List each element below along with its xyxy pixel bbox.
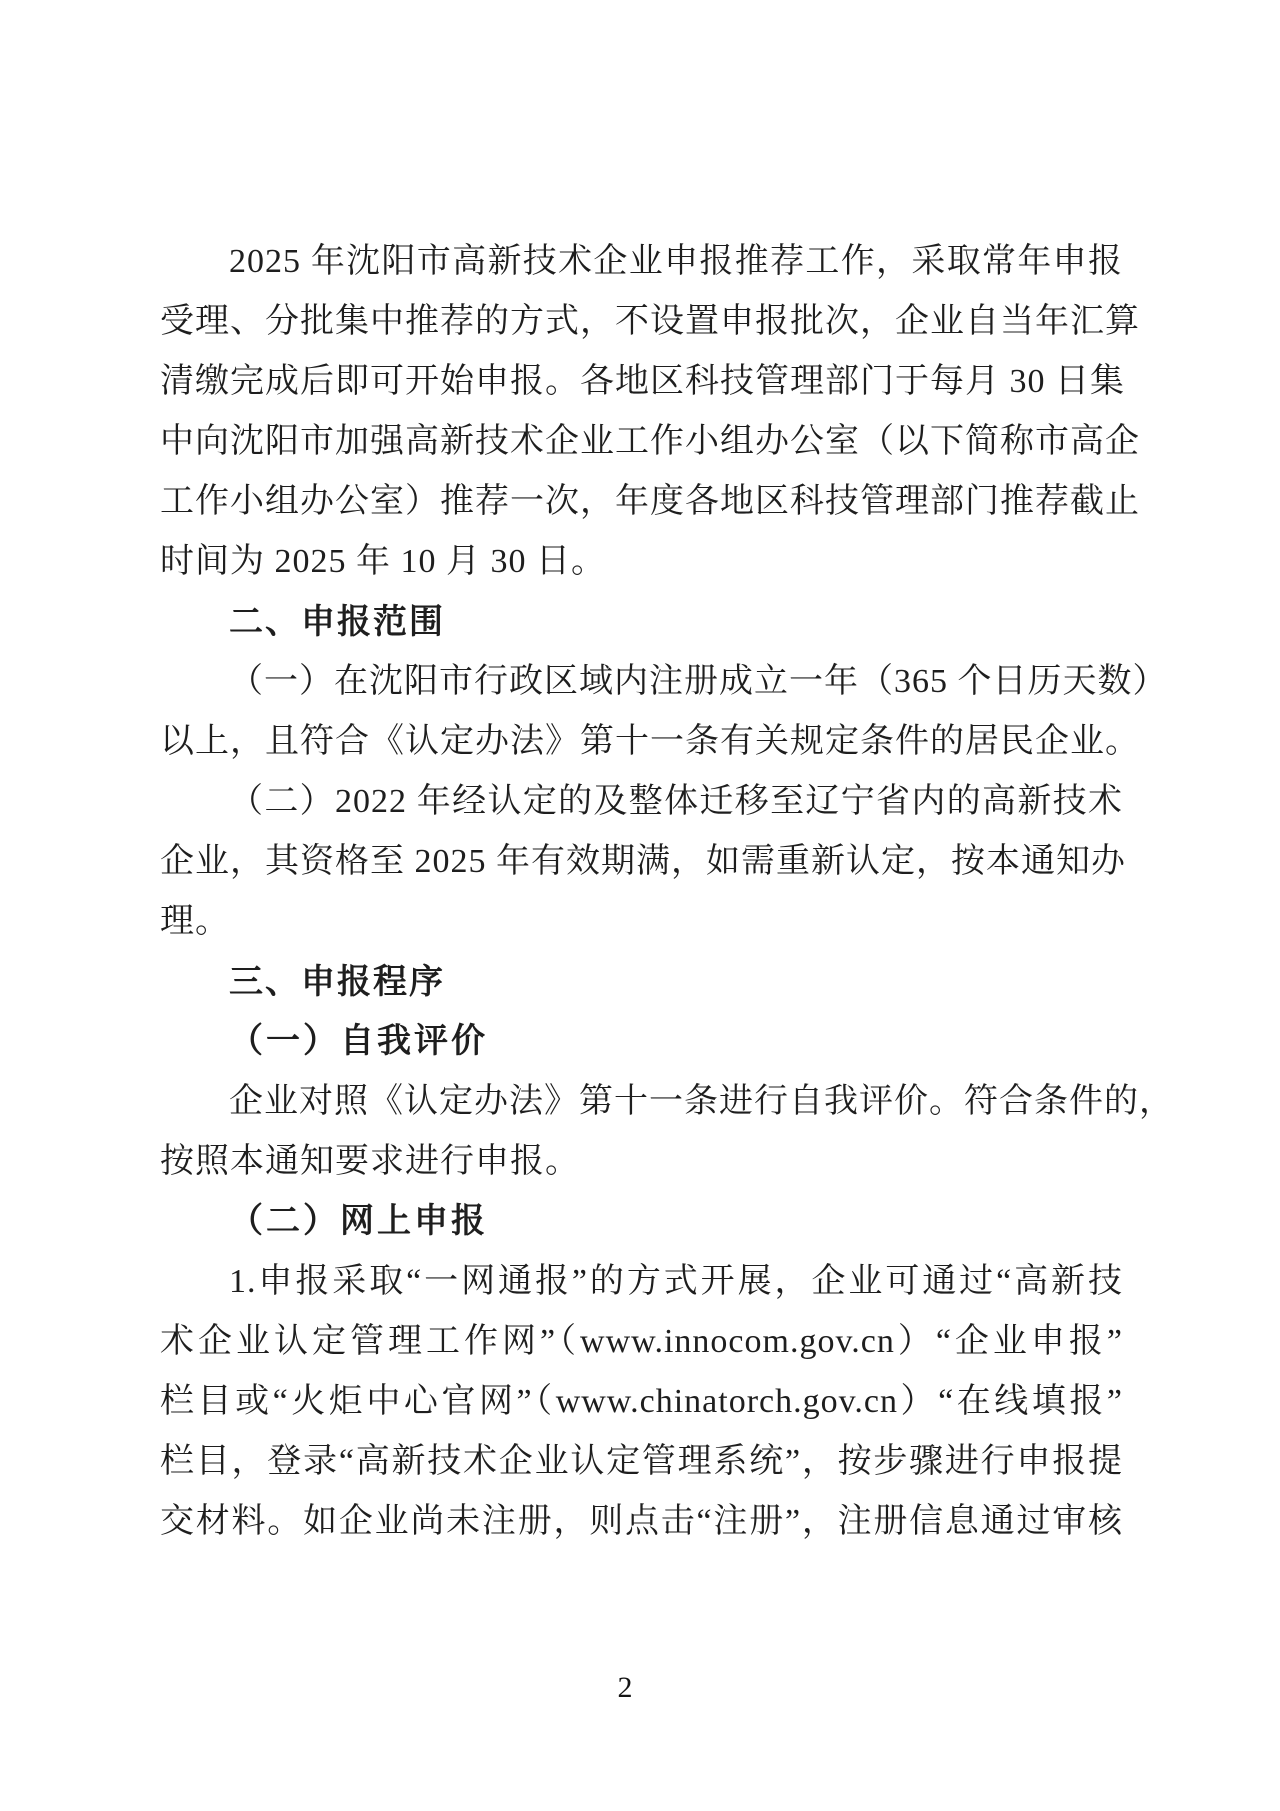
text-line: 清缴完成后即可开始申报。各地区科技管理部门于每月 30 日集 bbox=[160, 352, 1123, 412]
page-number: 2 bbox=[0, 1660, 1250, 1716]
text-line: 栏目，登录“高新技术企业认定管理系统”，按步骤进行申报提 bbox=[160, 1432, 1123, 1492]
subsection-heading-line: （一）自我评价 bbox=[160, 1012, 1123, 1072]
heading: 三、申报程序 bbox=[160, 952, 1123, 1012]
text-line: 中向沈阳市加强高新技术企业工作小组办公室（以下简称市高企 bbox=[160, 412, 1123, 472]
paragraph: （二）2022 年经认定的及整体迁移至辽宁省内的高新技术企业，其资格至 2025… bbox=[160, 772, 1123, 952]
text-line: （一）在沈阳市行政区域内注册成立一年（365 个日历天数） bbox=[160, 652, 1123, 712]
text-line: 按照本通知要求进行申报。 bbox=[160, 1132, 1123, 1192]
text-line: 术企业认定管理工作网”（www.innocom.gov.cn）“企业申报” bbox=[160, 1312, 1123, 1372]
subheading: （二）网上申报 bbox=[160, 1192, 1123, 1252]
text-line: 栏目或“火炬中心官网”（www.chinatorch.gov.cn）“在线填报” bbox=[160, 1372, 1123, 1432]
text-line: 1.申报采取“一网通报”的方式开展，企业可通过“高新技 bbox=[160, 1252, 1123, 1312]
text-line: 交材料。如企业尚未注册，则点击“注册”，注册信息通过审核 bbox=[160, 1492, 1123, 1552]
section-heading-line: 三、申报程序 bbox=[160, 952, 1123, 1012]
paragraph: 2025 年沈阳市高新技术企业申报推荐工作，采取常年申报受理、分批集中推荐的方式… bbox=[160, 232, 1123, 592]
text-line: 企业，其资格至 2025 年有效期满，如需重新认定，按本通知办 bbox=[160, 832, 1123, 892]
document-page: 2025 年沈阳市高新技术企业申报推荐工作，采取常年申报受理、分批集中推荐的方式… bbox=[0, 0, 1280, 1811]
text-line: 企业对照《认定办法》第十一条进行自我评价。符合条件的， bbox=[160, 1072, 1123, 1132]
paragraph: （一）在沈阳市行政区域内注册成立一年（365 个日历天数）以上，且符合《认定办法… bbox=[160, 652, 1123, 772]
document-body: 2025 年沈阳市高新技术企业申报推荐工作，采取常年申报受理、分批集中推荐的方式… bbox=[160, 232, 1123, 1552]
heading: 二、申报范围 bbox=[160, 592, 1123, 652]
paragraph: 1.申报采取“一网通报”的方式开展，企业可通过“高新技术企业认定管理工作网”（w… bbox=[160, 1252, 1123, 1552]
text-line: 受理、分批集中推荐的方式，不设置申报批次，企业自当年汇算 bbox=[160, 292, 1123, 352]
paragraph: 企业对照《认定办法》第十一条进行自我评价。符合条件的，按照本通知要求进行申报。 bbox=[160, 1072, 1123, 1192]
text-line: （二）2022 年经认定的及整体迁移至辽宁省内的高新技术 bbox=[160, 772, 1123, 832]
text-line: 以上，且符合《认定办法》第十一条有关规定条件的居民企业。 bbox=[160, 712, 1123, 772]
subsection-heading-line: （二）网上申报 bbox=[160, 1192, 1123, 1252]
subheading: （一）自我评价 bbox=[160, 1012, 1123, 1072]
text-line: 工作小组办公室）推荐一次，年度各地区科技管理部门推荐截止 bbox=[160, 472, 1123, 532]
text-line: 时间为 2025 年 10 月 30 日。 bbox=[160, 532, 1123, 592]
text-line: 理。 bbox=[160, 892, 1123, 952]
section-heading-line: 二、申报范围 bbox=[160, 592, 1123, 652]
text-line: 2025 年沈阳市高新技术企业申报推荐工作，采取常年申报 bbox=[160, 232, 1123, 292]
